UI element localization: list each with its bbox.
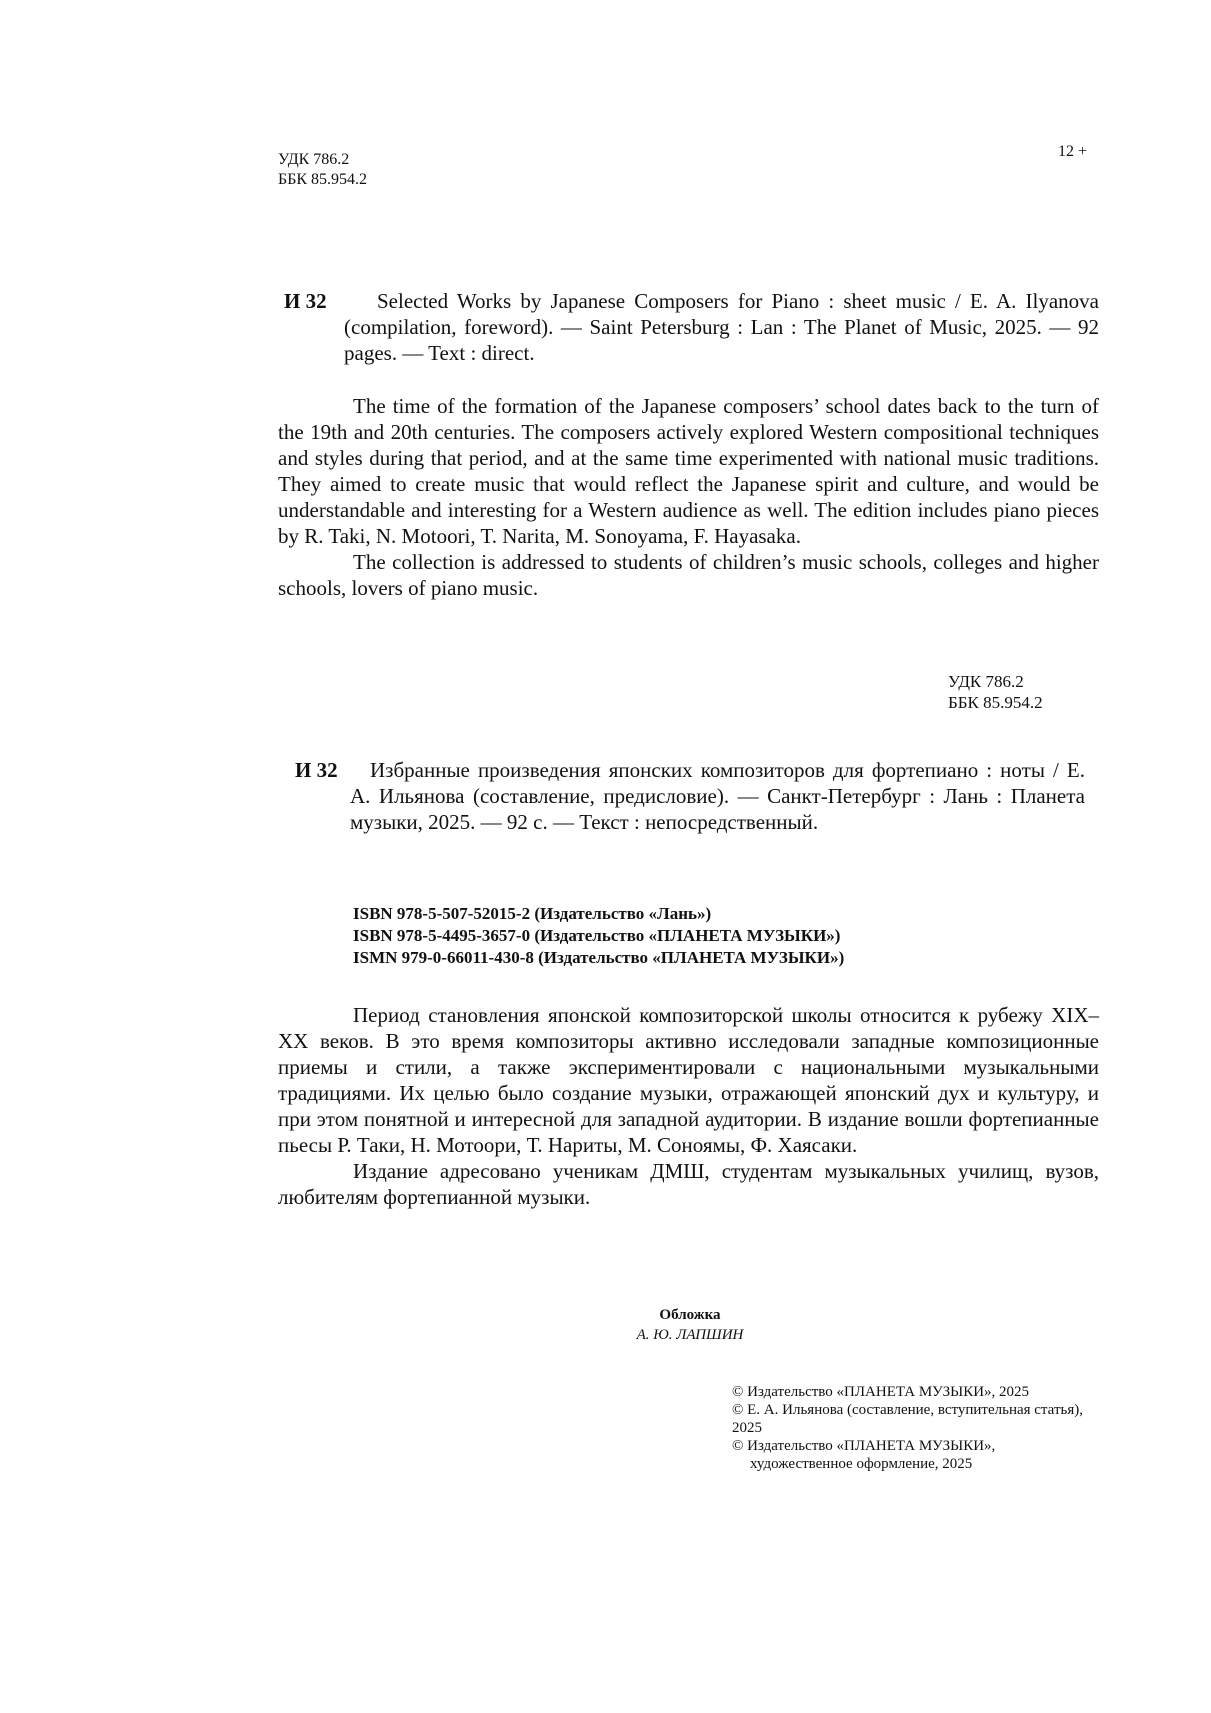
- classification-codes-mid: УДК 786.2 ББК 85.954.2: [948, 671, 1043, 713]
- copyright-block: © Издательство «ПЛАНЕТА МУЗЫКИ», 2025 © …: [732, 1383, 1092, 1473]
- copyright-line: © Издательство «ПЛАНЕТА МУЗЫКИ»,: [732, 1437, 1092, 1455]
- russian-entry-text: Избранные произведения японских композит…: [350, 757, 1085, 835]
- ismn-planeta: ISMN 979-0-66011-430-8 (Издательство «ПЛ…: [353, 947, 844, 969]
- udk-code: УДК 786.2: [948, 671, 1043, 692]
- russian-abstract: Период становления японской композиторск…: [278, 1002, 1099, 1210]
- identifiers-list: ISBN 978-5-507-52015-2 (Издательство «Ла…: [353, 903, 844, 969]
- english-abstract-paragraph: The time of the formation of the Japanes…: [278, 393, 1099, 549]
- udk-code: УДК 786.2: [278, 150, 367, 170]
- russian-abstract-paragraph: Период становления японской композиторск…: [278, 1002, 1099, 1158]
- copyright-line: © Е. А. Ильянова (составление, вступител…: [732, 1401, 1092, 1437]
- copyright-line: художественное оформление, 2025: [732, 1455, 1092, 1473]
- author-mark: И 32: [295, 757, 338, 783]
- english-bibliographic-entry: И 32 Selected Works by Japanese Composer…: [284, 288, 1099, 366]
- english-abstract: The time of the formation of the Japanes…: [278, 393, 1099, 601]
- bbk-code: ББК 85.954.2: [948, 692, 1043, 713]
- english-entry-text: Selected Works by Japanese Composers for…: [344, 288, 1099, 366]
- english-abstract-paragraph: The collection is addressed to students …: [278, 549, 1099, 601]
- cover-credit: Обложка А. Ю. ЛАПШИН: [560, 1305, 820, 1345]
- russian-abstract-paragraph: Издание адресовано ученикам ДМШ, студент…: [278, 1158, 1099, 1210]
- classification-codes-top: УДК 786.2 ББК 85.954.2: [278, 150, 367, 190]
- russian-bibliographic-entry: И 32 Избранные произведения японских ком…: [295, 757, 1085, 835]
- cover-label: Обложка: [560, 1305, 820, 1325]
- isbn-lan: ISBN 978-5-507-52015-2 (Издательство «Ла…: [353, 903, 844, 925]
- age-rating: 12 +: [1058, 143, 1087, 161]
- copyright-line: © Издательство «ПЛАНЕТА МУЗЫКИ», 2025: [732, 1383, 1092, 1401]
- cover-artist: А. Ю. ЛАПШИН: [560, 1325, 820, 1345]
- author-mark: И 32: [284, 288, 327, 314]
- bbk-code: ББК 85.954.2: [278, 170, 367, 190]
- isbn-planeta: ISBN 978-5-4495-3657-0 (Издательство «ПЛ…: [353, 925, 844, 947]
